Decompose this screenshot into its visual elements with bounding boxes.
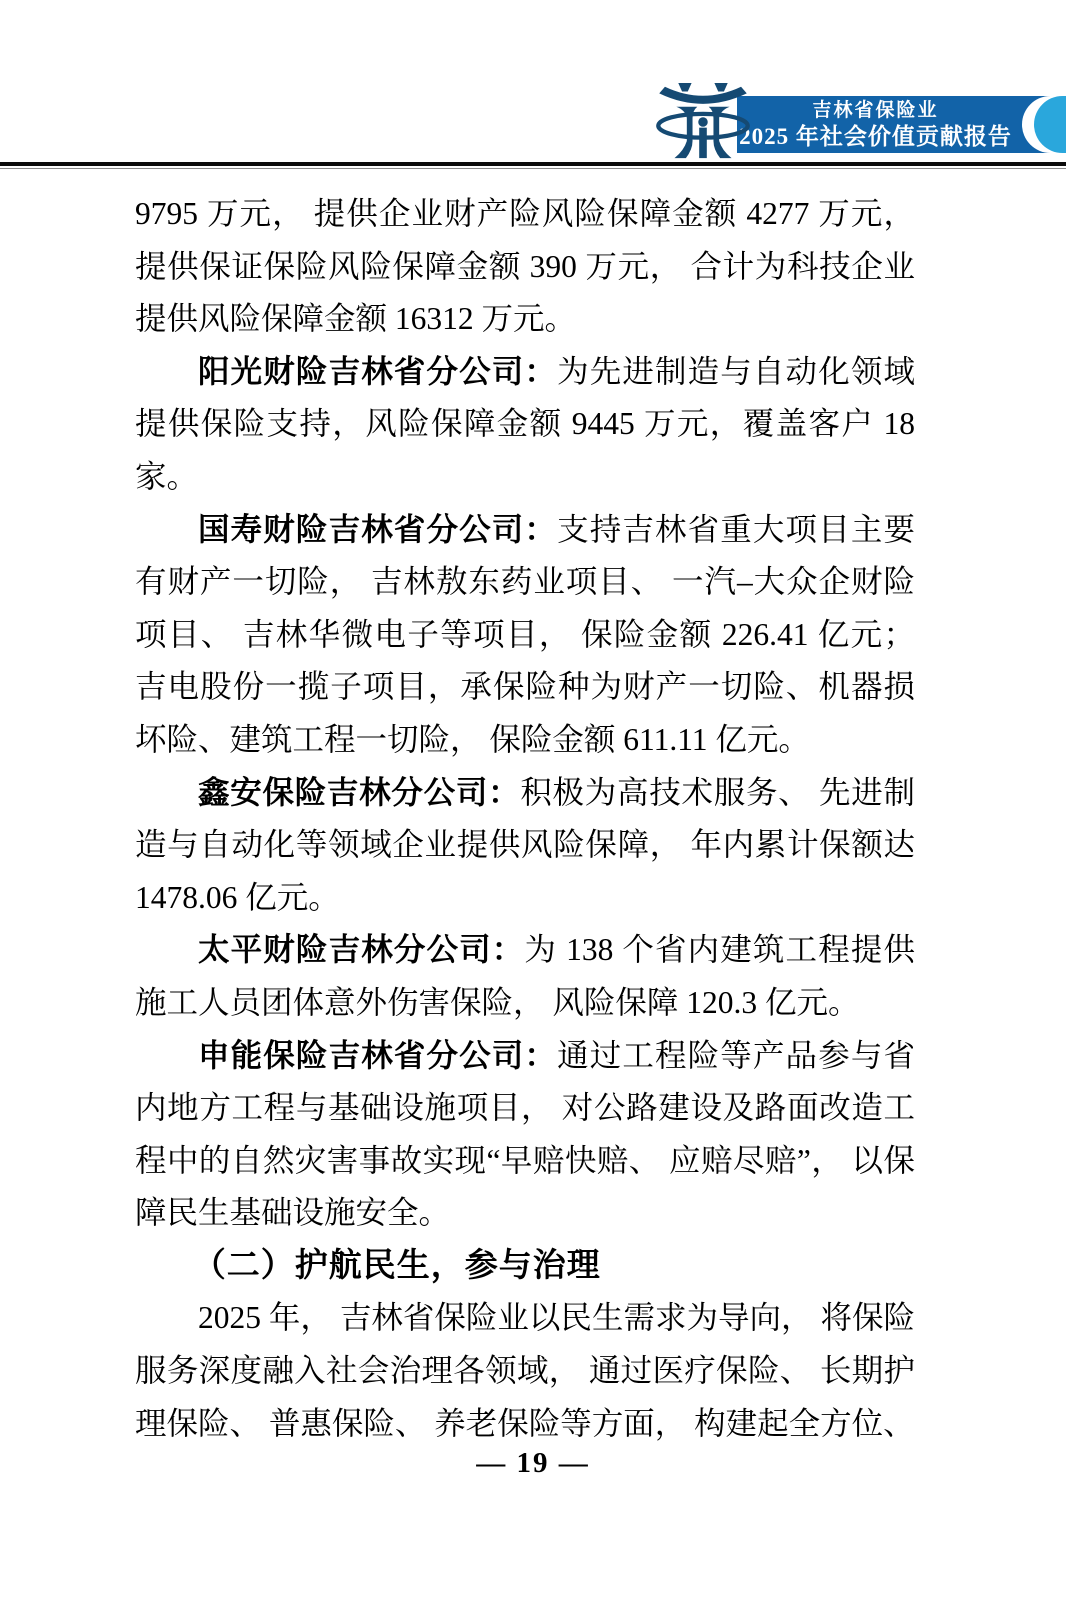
jilin-insurance-emblem-icon: [655, 82, 751, 160]
paragraph-yangguang: 阳光财险吉林省分公司：为先进制造与自动化领域提供保险支持，风险保障金额 9445…: [135, 346, 915, 504]
header-divider-shadow: [0, 168, 1066, 169]
banner-title-line1: 吉林省保险业: [737, 99, 1014, 123]
paragraph-taiping: 太平财险吉林分公司：为 138 个省内建筑工程提供施工人员团体意外伤害保险， 风…: [135, 924, 915, 1029]
page-number: — 19 —: [0, 1447, 1066, 1499]
header-divider-line: [0, 162, 1066, 166]
page-header: 吉林省保险业 2025 年社会价值贡献报告: [0, 0, 1066, 176]
section-heading: （二）护航民生，参与治理: [135, 1240, 915, 1293]
company-lead-label: 阳光财险吉林省分公司：: [198, 354, 557, 389]
paragraph-shenneng: 申能保险吉林省分公司：通过工程险等产品参与省内地方工程与基础设施项目， 对公路建…: [135, 1030, 915, 1240]
company-lead-label: 申能保险吉林省分公司：: [198, 1038, 557, 1073]
paragraph-guoshou: 国寿财险吉林省分公司：支持吉林省重大项目主要有财产一切险， 吉林敖东药业项目、 …: [135, 504, 915, 767]
company-lead-label: 国寿财险吉林省分公司：: [198, 512, 557, 547]
paragraph-continuation: 9795 万元， 提供企业财产险风险保障金额 4277 万元，提供保证保险风险保…: [135, 188, 915, 346]
paragraph-text: 9795 万元， 提供企业财产险风险保障金额 4277 万元，提供保证保险风险保…: [135, 196, 915, 336]
header-banner: 吉林省保险业 2025 年社会价值贡献报告: [737, 96, 1066, 153]
banner-title-line2: 2025 年社会价值贡献报告: [737, 123, 1014, 151]
company-lead-label: 太平财险吉林分公司：: [198, 932, 524, 967]
paragraph-text: 支持吉林省重大项目主要有财产一切险， 吉林敖东药业项目、 一汽–大众企财险项目、…: [135, 512, 915, 757]
paragraph-text: 2025 年， 吉林省保险业以民生需求为导向， 将保险服务深度融入社会治理各领域…: [135, 1300, 915, 1440]
paragraph-closing: 2025 年， 吉林省保险业以民生需求为导向， 将保险服务深度融入社会治理各领域…: [135, 1292, 915, 1450]
paragraph-xinan: 鑫安保险吉林分公司：积极为高技术服务、 先进制造与自动化等领域企业提供风险保障，…: [135, 767, 915, 925]
report-page: { "header": { "banner_line1": "吉林省保险业", …: [0, 0, 1066, 1600]
document-body: 9795 万元， 提供企业财产险风险保障金额 4277 万元，提供保证保险风险保…: [135, 188, 915, 1450]
company-lead-label: 鑫安保险吉林分公司：: [198, 775, 520, 810]
